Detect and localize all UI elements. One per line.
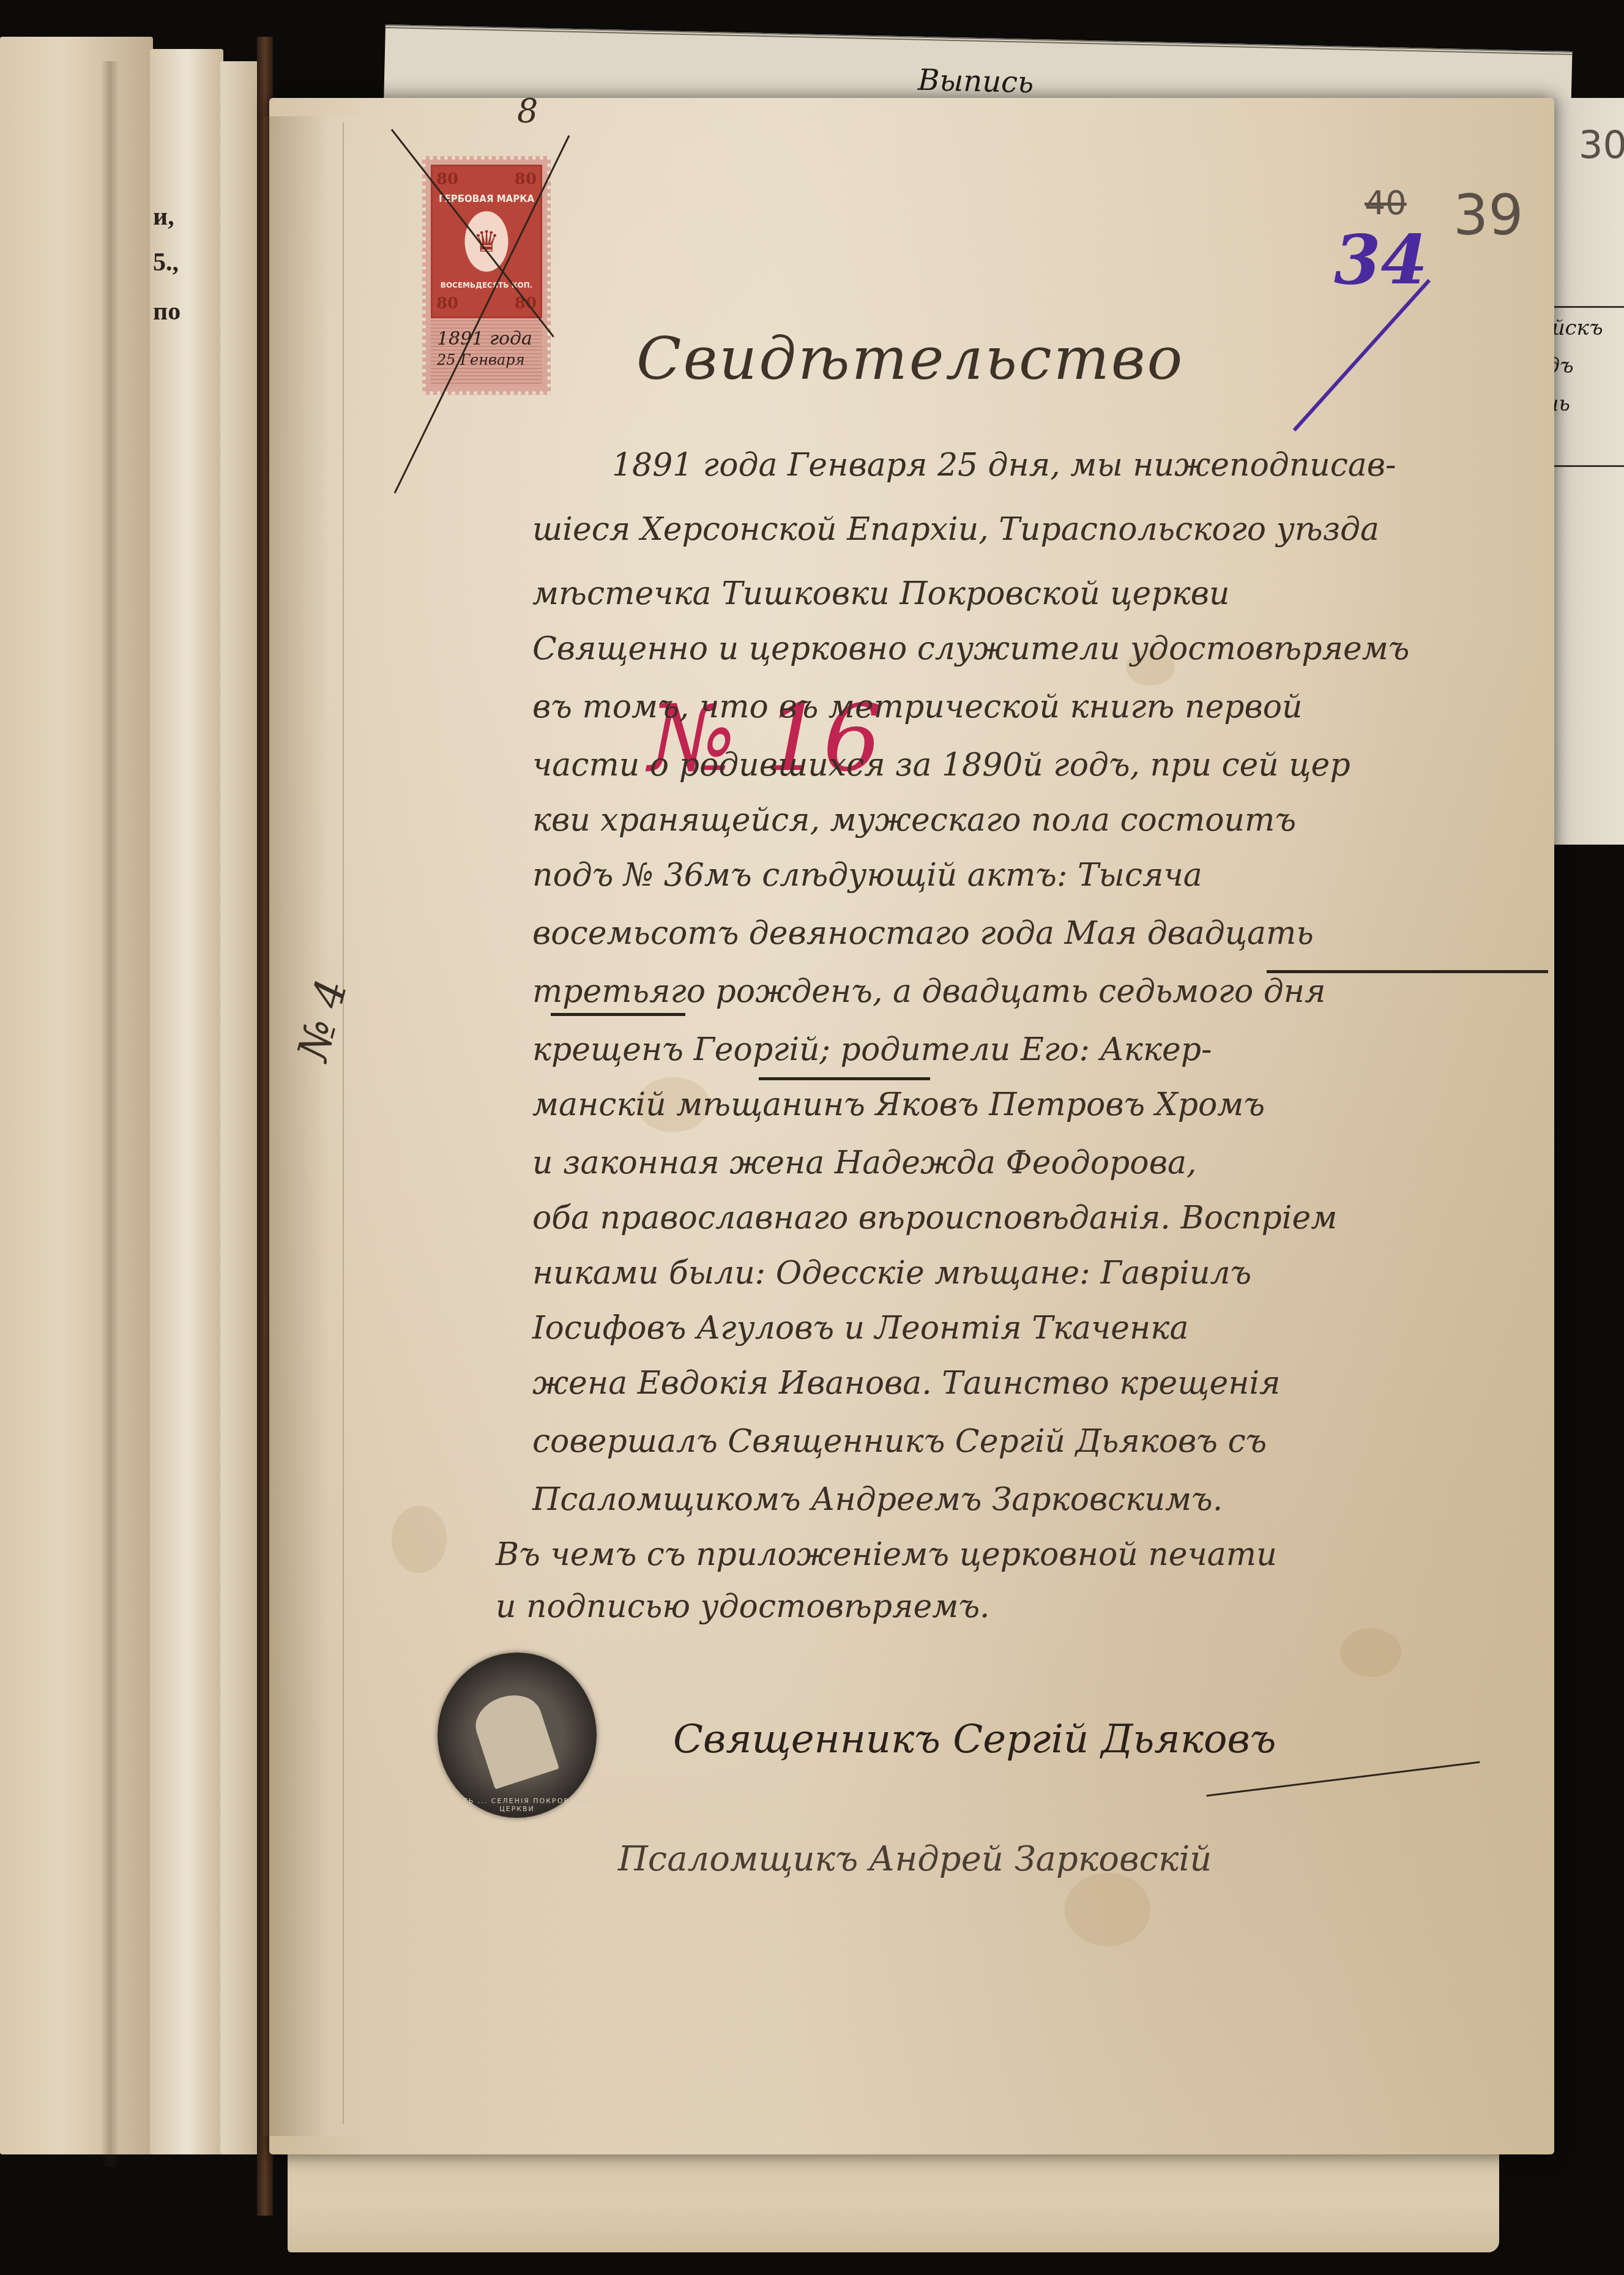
body-line: мѣстечка Тишковки Покровской церкви (532, 575, 1229, 612)
sheet-number: 8 (517, 92, 538, 130)
double-headed-eagle-icon: ♛ (473, 225, 499, 259)
back-sheet-heading: Выпись (917, 63, 1034, 100)
body-line: жена Евдокiя Иванова. Таинство крещенiя (532, 1365, 1281, 1402)
church-seal: ПЕЧАТЬ ... СЕЛЕНIЯ ПОКРОВСКОЙ ЦЕРКВИ (438, 1653, 597, 1818)
body-line: и законная жена Надежда Феодорова, (532, 1145, 1196, 1181)
archive-number-crossed: 40 (1365, 184, 1407, 222)
printed-fragment: по (153, 297, 181, 326)
printed-fragment: и, (153, 202, 174, 231)
body-line: кви хранящейся, мужескаго пола состоитъ (532, 802, 1296, 839)
seal-inscription: ПЕЧАТЬ ... СЕЛЕНIЯ ПОКРОВСКОЙ ЦЕРКВИ (438, 1797, 597, 1813)
body-line: Iосифовъ Агуловъ и Леонтiя Ткаченка (532, 1310, 1188, 1347)
body-line: Священно и церковно служители удостовѣря… (532, 630, 1410, 667)
stamp-cancel-date: 25 Генваря (437, 352, 542, 368)
stamp-design: 80 80 80 80 ГЕРБОВАЯ МАРКА ♛ ВОСЕМЬДЕСЯТ… (431, 165, 542, 318)
left-page-sheet (150, 49, 223, 2154)
underline-mark (551, 1013, 685, 1016)
body-line: совершалъ Священникъ Сергiй Дьяковъ съ (532, 1423, 1267, 1460)
signature-psalmist: Псаломщикъ Андрей Зарковскiй (618, 1839, 1212, 1879)
left-page-stack: и, 5., по (0, 37, 263, 2203)
archive-number-pencil: 39 (1453, 184, 1524, 248)
stamp-inscription-bottom: ВОСЕМЬДЕСЯТЬ КОП. (433, 281, 540, 290)
body-line: манскiй мѣщанинъ Яковъ Петровъ Хромъ (532, 1086, 1265, 1123)
stamp-cancel-area: 1891 года 25 Генваря (431, 320, 542, 386)
body-line: никами были: Одесскiе мѣщане: Гаврiилъ (532, 1255, 1251, 1291)
back-sheet-pencil-number: 30 (1579, 122, 1624, 167)
body-line: шiеся Херсонской Епархiи, Тираспольского… (532, 511, 1379, 548)
body-line: Псаломщикомъ Андреемъ Зарковскимъ. (532, 1481, 1223, 1518)
stamp-denomination: 80 (436, 170, 458, 189)
printed-fragment: 5., (153, 248, 179, 277)
stamp-cancel-date: 1891 года (437, 329, 542, 349)
document-title: Свидѣтельство (636, 324, 1184, 393)
body-line: третьяго рожденъ, а двадцать седьмого дн… (532, 973, 1325, 1010)
body-line: восемьсотъ девяностаго года Мая двадцать (532, 915, 1314, 952)
body-line: оба православнаго вѣроисповѣданiя. Воспр… (532, 1200, 1337, 1236)
body-line: части о родившихся за 1890й годъ, при се… (532, 747, 1350, 783)
archive-number-violet: 34 (1334, 220, 1428, 299)
body-line: 1891 года Генваря 25 дня, мы нижеподписа… (612, 447, 1396, 484)
page-fold-shadow (101, 61, 119, 2167)
church-icon (469, 1687, 559, 1789)
body-line: крещенъ Георгiй; родители Его: Аккер- (532, 1031, 1212, 1068)
underline-mark (759, 1077, 930, 1080)
underline-mark (1267, 970, 1548, 973)
document-sheet-edge (343, 122, 1555, 2124)
left-page-sheet (0, 37, 153, 2154)
body-line: подъ № 36мъ слѣдующiй актъ: Тысяча (532, 857, 1202, 894)
body-line: Въ чемъ съ приложенiемъ церковной печати (496, 1536, 1277, 1573)
stamp-denomination: 80 (436, 294, 458, 313)
stamp-denomination: 80 (515, 170, 537, 189)
body-line: въ томъ, что въ метрической книгѣ первой (532, 689, 1303, 725)
body-line: и подписью удостовѣряемъ. (496, 1588, 990, 1625)
signature-priest: Священникъ Сергiй Дьяковъ (673, 1717, 1276, 1762)
